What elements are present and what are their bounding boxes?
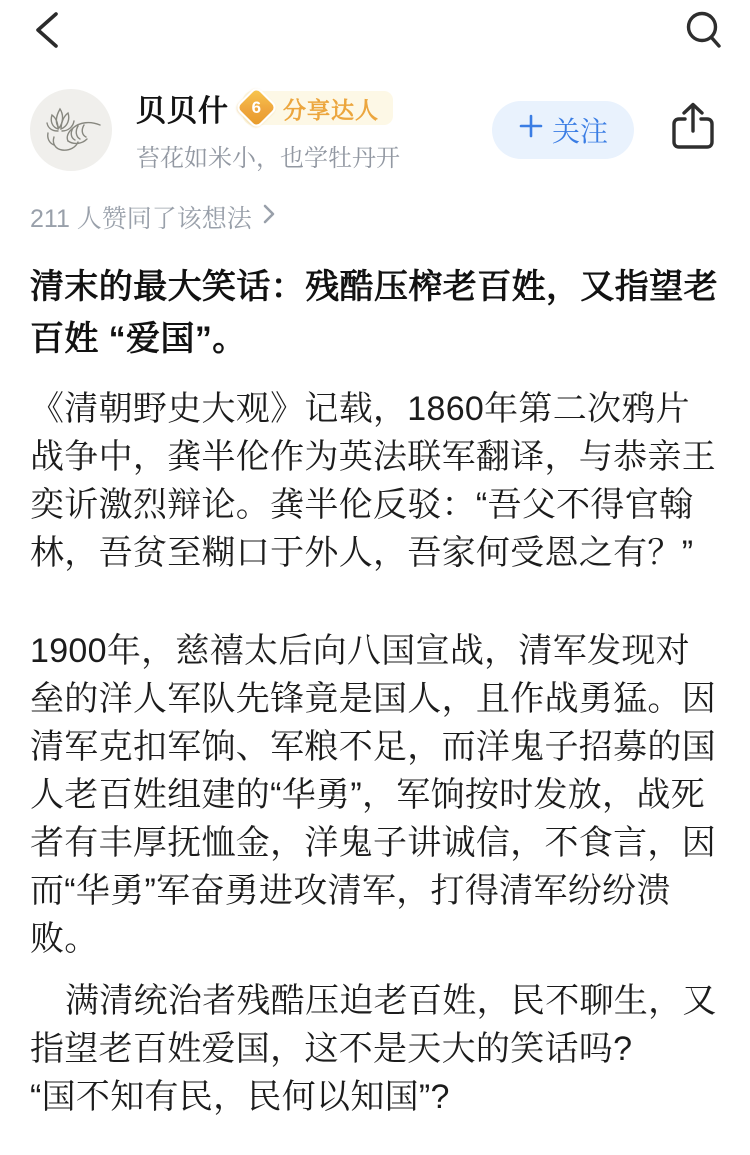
author-info: 贝贝什 6 分享达人 苔花如米小，也学牡丹开 [136,86,492,173]
agree-count-row[interactable]: 211 人赞同了该想法 [30,199,276,235]
paragraph: 满清统治者残酷压迫老百姓，民不聊生，又指望老百姓爱国，这不是天大的笑话吗? [30,977,720,1073]
post-body: 《清朝野史大观》记载，1860年第二次鸦片战争中，龚半伦作为英法联军翻译，与恭亲… [30,385,720,1121]
top-bar [0,0,750,62]
plus-icon [518,113,544,146]
author-bio: 苔花如米小，也学牡丹开 [136,138,492,173]
badge-label: 分享达人 [283,92,379,125]
paragraph: 1900年，慈禧太后向八国宣战，清军发现对垒的洋人军队先锋竟是国人，且作战勇猛。… [30,627,720,963]
author-row: 贝贝什 6 分享达人 苔花如米小，也学牡丹开 关注 [30,86,720,173]
chevron-right-icon [262,202,276,233]
paragraph: “国不知有民，民何以知国”? [30,1073,720,1121]
chevron-left-icon [29,9,67,56]
share-icon [668,100,718,159]
username[interactable]: 贝贝什 [136,86,229,130]
agree-count-text: 211 人赞同了该想法 [30,199,252,235]
follow-button[interactable]: 关注 [492,101,634,159]
post-title: 清末的最大笑话：残酷压榨老百姓，又指望老百姓 “爱国”。 [30,261,720,365]
level-badge[interactable]: 6 分享达人 [243,91,393,125]
avatar[interactable] [30,89,112,171]
paragraph: 《清朝野史大观》记载，1860年第二次鸦片战争中，龚半伦作为英法联军翻译，与恭亲… [30,385,720,577]
gem-icon: 6 [235,86,279,130]
search-icon [682,8,726,57]
share-button[interactable] [666,102,720,158]
back-button[interactable] [26,10,70,54]
follow-label: 关注 [552,110,608,150]
search-button[interactable] [682,10,726,54]
